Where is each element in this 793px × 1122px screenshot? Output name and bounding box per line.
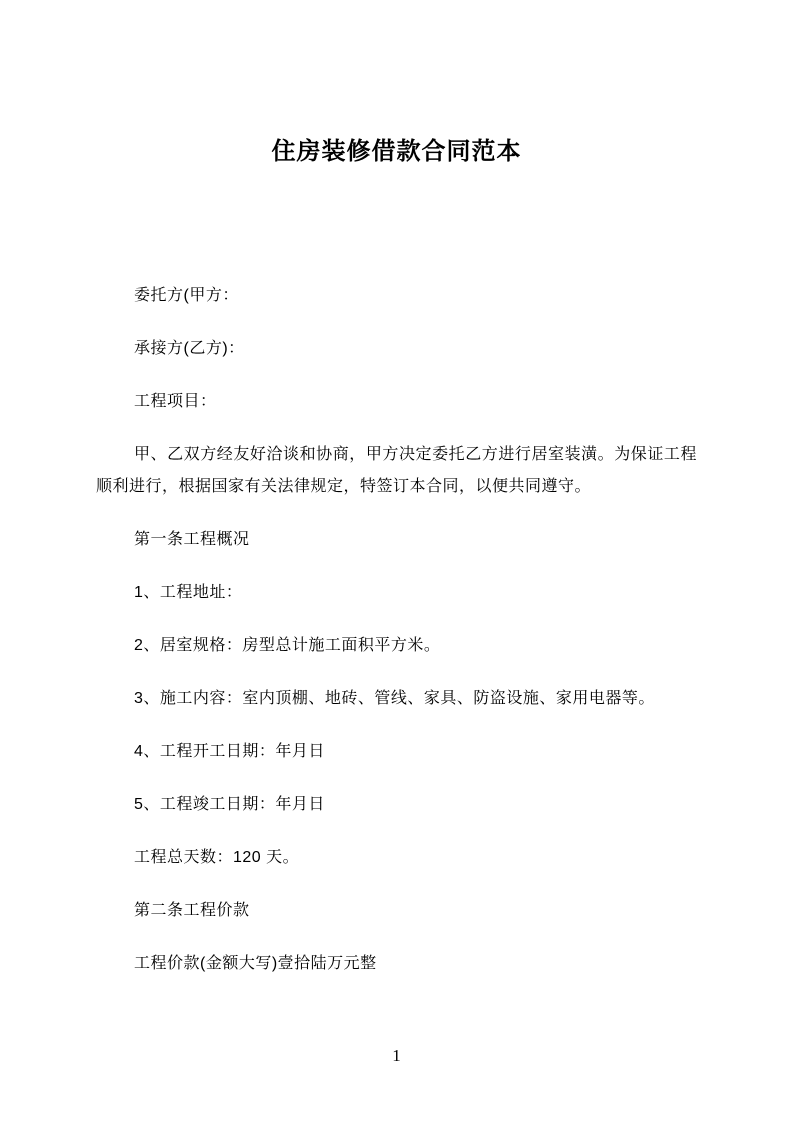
para-party-b: 承接方(乙方)： xyxy=(96,333,697,365)
page-number: 1 xyxy=(0,1044,793,1068)
document-title: 住房装修借款合同范本 xyxy=(96,133,697,171)
item-4-start-date: 4、工程开工日期：年月日 xyxy=(96,736,697,768)
item-1-project-address: 1、工程地址： xyxy=(96,577,697,609)
para-project-price: 工程价款(金额大写)壹拾陆万元整 xyxy=(96,948,697,980)
item-3-construction-content: 3、施工内容：室内顶棚、地砖、管线、家具、防盗设施、家用电器等。 xyxy=(96,683,697,715)
para-total-days: 工程总天数：120 天。 xyxy=(96,842,697,874)
heading-article-2: 第二条工程价款 xyxy=(96,895,697,927)
document-page: 住房装修借款合同范本 委托方(甲方： 承接方(乙方)： 工程项目： 甲、乙双方经… xyxy=(0,0,793,1122)
heading-article-1: 第一条工程概况 xyxy=(96,524,697,556)
para-preamble: 甲、乙双方经友好洽谈和协商，甲方决定委托乙方进行居室装潢。为保证工程顺利进行，根… xyxy=(96,439,697,503)
item-2-room-specs: 2、居室规格：房型总计施工面积平方米。 xyxy=(96,630,697,662)
para-party-a: 委托方(甲方： xyxy=(96,280,697,312)
item-5-completion-date: 5、工程竣工日期：年月日 xyxy=(96,789,697,821)
para-project-name: 工程项目： xyxy=(96,386,697,418)
